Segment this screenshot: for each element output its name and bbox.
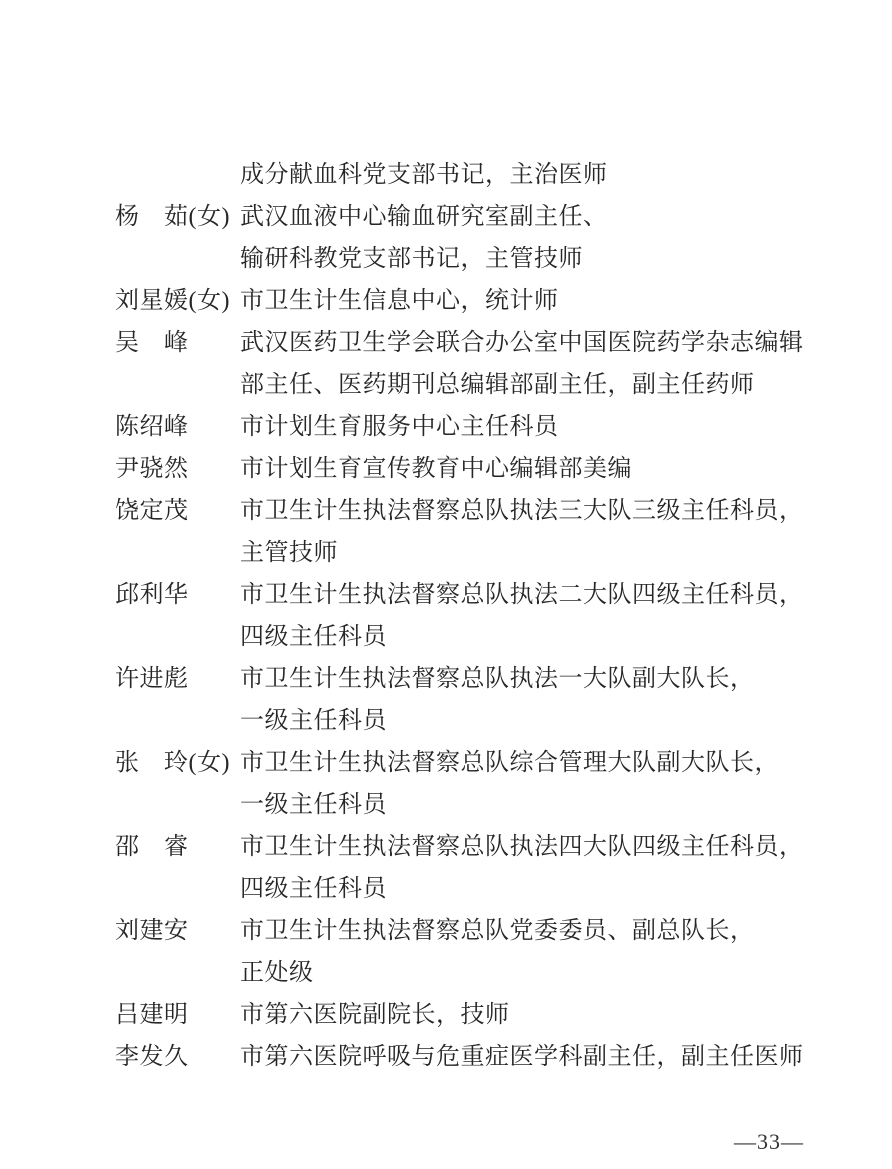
list-entry: 饶定茂 市卫生计生执法督察总队执法三大队三级主任科员，主管技师 (115, 490, 825, 574)
description-line: 输研科教党支部书记，主管技师 (240, 238, 825, 280)
gender-note: (女) (189, 288, 230, 314)
position-description: 市卫生计生执法督察总队执法四大队四级主任科员，四级主任科员 (240, 826, 825, 910)
person-name-text: 杨 茹 (115, 204, 189, 230)
person-name-text: 吴 峰 (115, 330, 189, 356)
description-line: 市第六医院副院长，技师 (240, 994, 825, 1036)
person-name-text: 刘星媛 (115, 288, 189, 314)
appointment-list: 成分献血科党支部书记，主治医师 杨 茹(女) 武汉血液中心输血研究室副主任、输研… (115, 154, 825, 1078)
list-entry: 许进彪 市卫生计生执法督察总队执法一大队副大队长，一级主任科员 (115, 658, 825, 742)
person-name: 刘星媛(女) (115, 280, 230, 322)
list-entry: 邵 睿 市卫生计生执法督察总队执法四大队四级主任科员，四级主任科员 (115, 826, 825, 910)
list-entry: 陈绍峰 市计划生育服务中心主任科员 (115, 406, 825, 448)
description-line: 正处级 (240, 952, 825, 994)
person-name-text: 吕建明 (115, 1002, 189, 1028)
position-description: 市卫生计生执法督察总队党委委员、副总队长，正处级 (240, 910, 825, 994)
description-line: 四级主任科员 (240, 616, 825, 658)
person-name-text: 李发久 (115, 1044, 189, 1070)
person-name-text: 陈绍峰 (115, 414, 189, 440)
description-line: 成分献血科党支部书记，主治医师 (240, 154, 825, 196)
person-name-text: 邵 睿 (115, 834, 189, 860)
position-description: 成分献血科党支部书记，主治医师 (240, 154, 825, 196)
person-name: 李发久 (115, 1036, 189, 1078)
description-line: 四级主任科员 (240, 868, 825, 910)
list-entry: 吕建明 市第六医院副院长，技师 (115, 994, 825, 1036)
document-page: 成分献血科党支部书记，主治医师 杨 茹(女) 武汉血液中心输血研究室副主任、输研… (0, 0, 892, 1169)
description-line: 市卫生计生执法督察总队综合管理大队副大队长， (240, 742, 825, 784)
description-line: 市卫生计生执法督察总队执法二大队四级主任科员， (240, 574, 825, 616)
person-name: 张 玲(女) (115, 742, 230, 784)
person-name-text: 刘建安 (115, 918, 189, 944)
person-name: 饶定茂 (115, 490, 189, 532)
person-name: 杨 茹(女) (115, 196, 230, 238)
position-description: 市计划生育宣传教育中心编辑部美编 (240, 448, 825, 490)
description-line: 一级主任科员 (240, 784, 825, 826)
person-name: 刘建安 (115, 910, 189, 952)
position-description: 武汉血液中心输血研究室副主任、输研科教党支部书记，主管技师 (240, 196, 825, 280)
list-entry: 吴 峰 武汉医药卫生学会联合办公室中国医院药学杂志编辑部主任、医药期刊总编辑部副… (115, 322, 825, 406)
person-name-text: 邱利华 (115, 582, 189, 608)
person-name: 吕建明 (115, 994, 189, 1036)
person-name-text: 张 玲 (115, 750, 189, 776)
position-description: 市卫生计生执法督察总队综合管理大队副大队长，一级主任科员 (240, 742, 825, 826)
list-entry: 张 玲(女) 市卫生计生执法督察总队综合管理大队副大队长，一级主任科员 (115, 742, 825, 826)
person-name-text: 尹骁然 (115, 456, 189, 482)
person-name-text: 许进彪 (115, 666, 189, 692)
description-line: 市卫生计生信息中心，统计师 (240, 280, 825, 322)
list-entry: 尹骁然 市计划生育宣传教育中心编辑部美编 (115, 448, 825, 490)
description-line: 市计划生育服务中心主任科员 (240, 406, 825, 448)
person-name: 邵 睿 (115, 826, 189, 868)
person-name: 邱利华 (115, 574, 189, 616)
list-entry: 刘建安 市卫生计生执法督察总队党委委员、副总队长，正处级 (115, 910, 825, 994)
position-description: 市卫生计生执法督察总队执法二大队四级主任科员，四级主任科员 (240, 574, 825, 658)
description-line: 市计划生育宣传教育中心编辑部美编 (240, 448, 825, 490)
position-description: 市卫生计生执法督察总队执法三大队三级主任科员，主管技师 (240, 490, 825, 574)
description-line: 武汉医药卫生学会联合办公室中国医院药学杂志编辑 (240, 322, 825, 364)
person-name: 许进彪 (115, 658, 189, 700)
person-name-text: 饶定茂 (115, 498, 189, 524)
position-description: 市计划生育服务中心主任科员 (240, 406, 825, 448)
list-entry: 李发久 市第六医院呼吸与危重症医学科副主任，副主任医师 (115, 1036, 825, 1078)
description-line: 部主任、医药期刊总编辑部副主任，副主任药师 (240, 364, 825, 406)
description-line: 武汉血液中心输血研究室副主任、 (240, 196, 825, 238)
person-name: 吴 峰 (115, 322, 189, 364)
gender-note: (女) (189, 204, 230, 230)
person-name: 尹骁然 (115, 448, 189, 490)
list-entry: 成分献血科党支部书记，主治医师 (115, 154, 825, 196)
description-line: 主管技师 (240, 532, 825, 574)
position-description: 市卫生计生信息中心，统计师 (240, 280, 825, 322)
description-line: 市卫生计生执法督察总队执法三大队三级主任科员， (240, 490, 825, 532)
description-line: 市卫生计生执法督察总队党委委员、副总队长， (240, 910, 825, 952)
position-description: 武汉医药卫生学会联合办公室中国医院药学杂志编辑部主任、医药期刊总编辑部副主任，副… (240, 322, 825, 406)
page-number: —33— (734, 1129, 804, 1155)
position-description: 市第六医院呼吸与危重症医学科副主任，副主任医师 (240, 1036, 825, 1078)
list-entry: 杨 茹(女) 武汉血液中心输血研究室副主任、输研科教党支部书记，主管技师 (115, 196, 825, 280)
gender-note: (女) (189, 750, 230, 776)
list-entry: 邱利华 市卫生计生执法督察总队执法二大队四级主任科员，四级主任科员 (115, 574, 825, 658)
description-line: 一级主任科员 (240, 700, 825, 742)
description-line: 市第六医院呼吸与危重症医学科副主任，副主任医师 (240, 1036, 825, 1078)
list-entry: 刘星媛(女) 市卫生计生信息中心，统计师 (115, 280, 825, 322)
person-name: 陈绍峰 (115, 406, 189, 448)
description-line: 市卫生计生执法督察总队执法一大队副大队长， (240, 658, 825, 700)
position-description: 市第六医院副院长，技师 (240, 994, 825, 1036)
description-line: 市卫生计生执法督察总队执法四大队四级主任科员， (240, 826, 825, 868)
position-description: 市卫生计生执法督察总队执法一大队副大队长，一级主任科员 (240, 658, 825, 742)
